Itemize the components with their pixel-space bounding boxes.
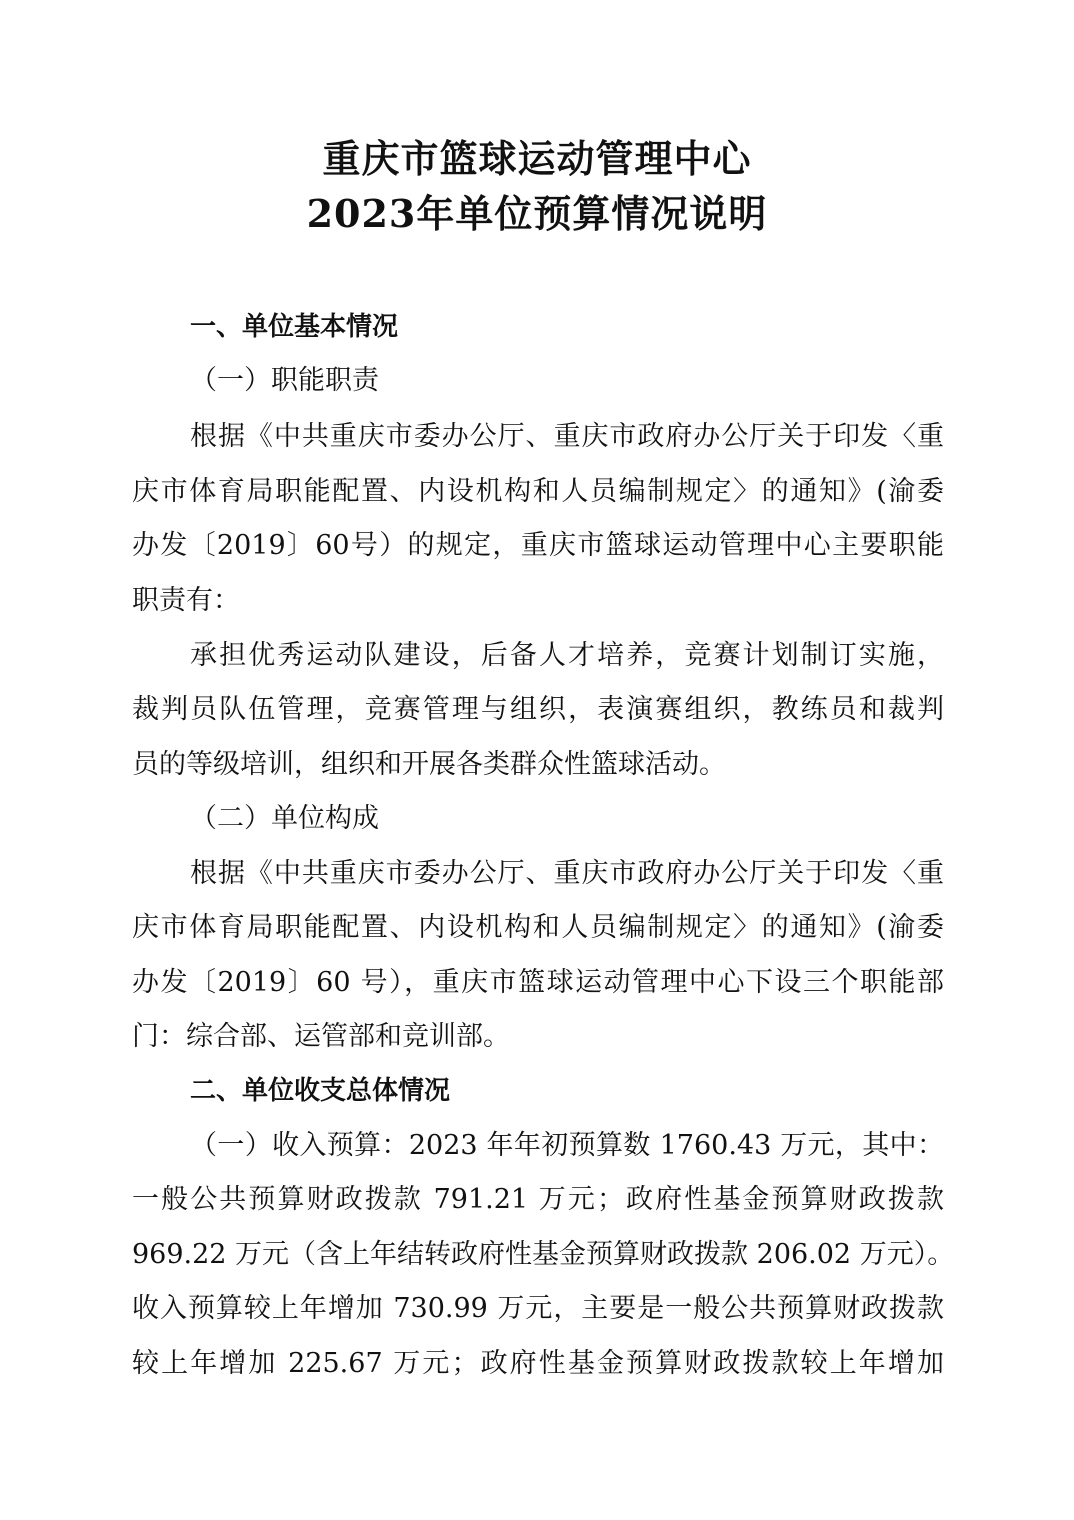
paragraph-line: 裁判员队伍管理，竞赛管理与组织，表演赛组织，教练员和裁判 [132, 692, 944, 728]
paragraph-line: 根据《中共重庆市委办公厅、重庆市政府办公厅关于印发〈重 [190, 856, 944, 892]
paragraph-line: 庆市体育局职能配置、内设机构和人员编制规定〉的通知》(渝委 [132, 910, 944, 946]
paragraph-line: （一）收入预算：2023 年年初预算数 1760.43 万元，其中： [190, 1128, 944, 1164]
paragraph-line: 969.22 万元（含上年结转政府性基金预算财政拨款 206.02 万元）。 [132, 1237, 944, 1273]
paragraph-line: 职责有： [132, 583, 944, 619]
paragraph-line: 较上年增加 225.67 万元；政府性基金预算财政拨款较上年增加 [132, 1346, 944, 1382]
section1-heading: 一、单位基本情况 [190, 309, 944, 345]
paragraph-line: 办发〔2019〕60 号），重庆市篮球运动管理中心下设三个职能部 [132, 965, 944, 1001]
paragraph-line: 员的等级培训，组织和开展各类群众性篮球活动。 [132, 747, 944, 783]
paragraph-line: 承担优秀运动队建设，后备人才培养，竞赛计划制订实施， [190, 638, 944, 674]
paragraph-line: 办发〔2019〕60号）的规定，重庆市篮球运动管理中心主要职能 [132, 528, 944, 564]
paragraph-line: 门：综合部、运管部和竞训部。 [132, 1019, 944, 1055]
paragraph-line: 根据《中共重庆市委办公厅、重庆市政府办公厅关于印发〈重 [190, 419, 944, 455]
section1-sub2-heading: （二）单位构成 [190, 801, 944, 837]
section2-heading: 二、单位收支总体情况 [190, 1073, 944, 1109]
paragraph-line: 收入预算较上年增加 730.99 万元，主要是一般公共预算财政拨款 [132, 1291, 944, 1327]
section1-sub1-heading: （一）职能职责 [190, 363, 944, 399]
paragraph-line: 庆市体育局职能配置、内设机构和人员编制规定〉的通知》(渝委 [132, 474, 944, 510]
document-title-line2: 2023年单位预算情况说明 [0, 192, 1074, 236]
paragraph-line: 一般公共预算财政拨款 791.21 万元；政府性基金预算财政拨款 [132, 1182, 944, 1218]
document-page: 重庆市篮球运动管理中心 2023年单位预算情况说明 一、单位基本情况 （一）职能… [0, 0, 1074, 1520]
document-title-line1: 重庆市篮球运动管理中心 [0, 137, 1074, 181]
